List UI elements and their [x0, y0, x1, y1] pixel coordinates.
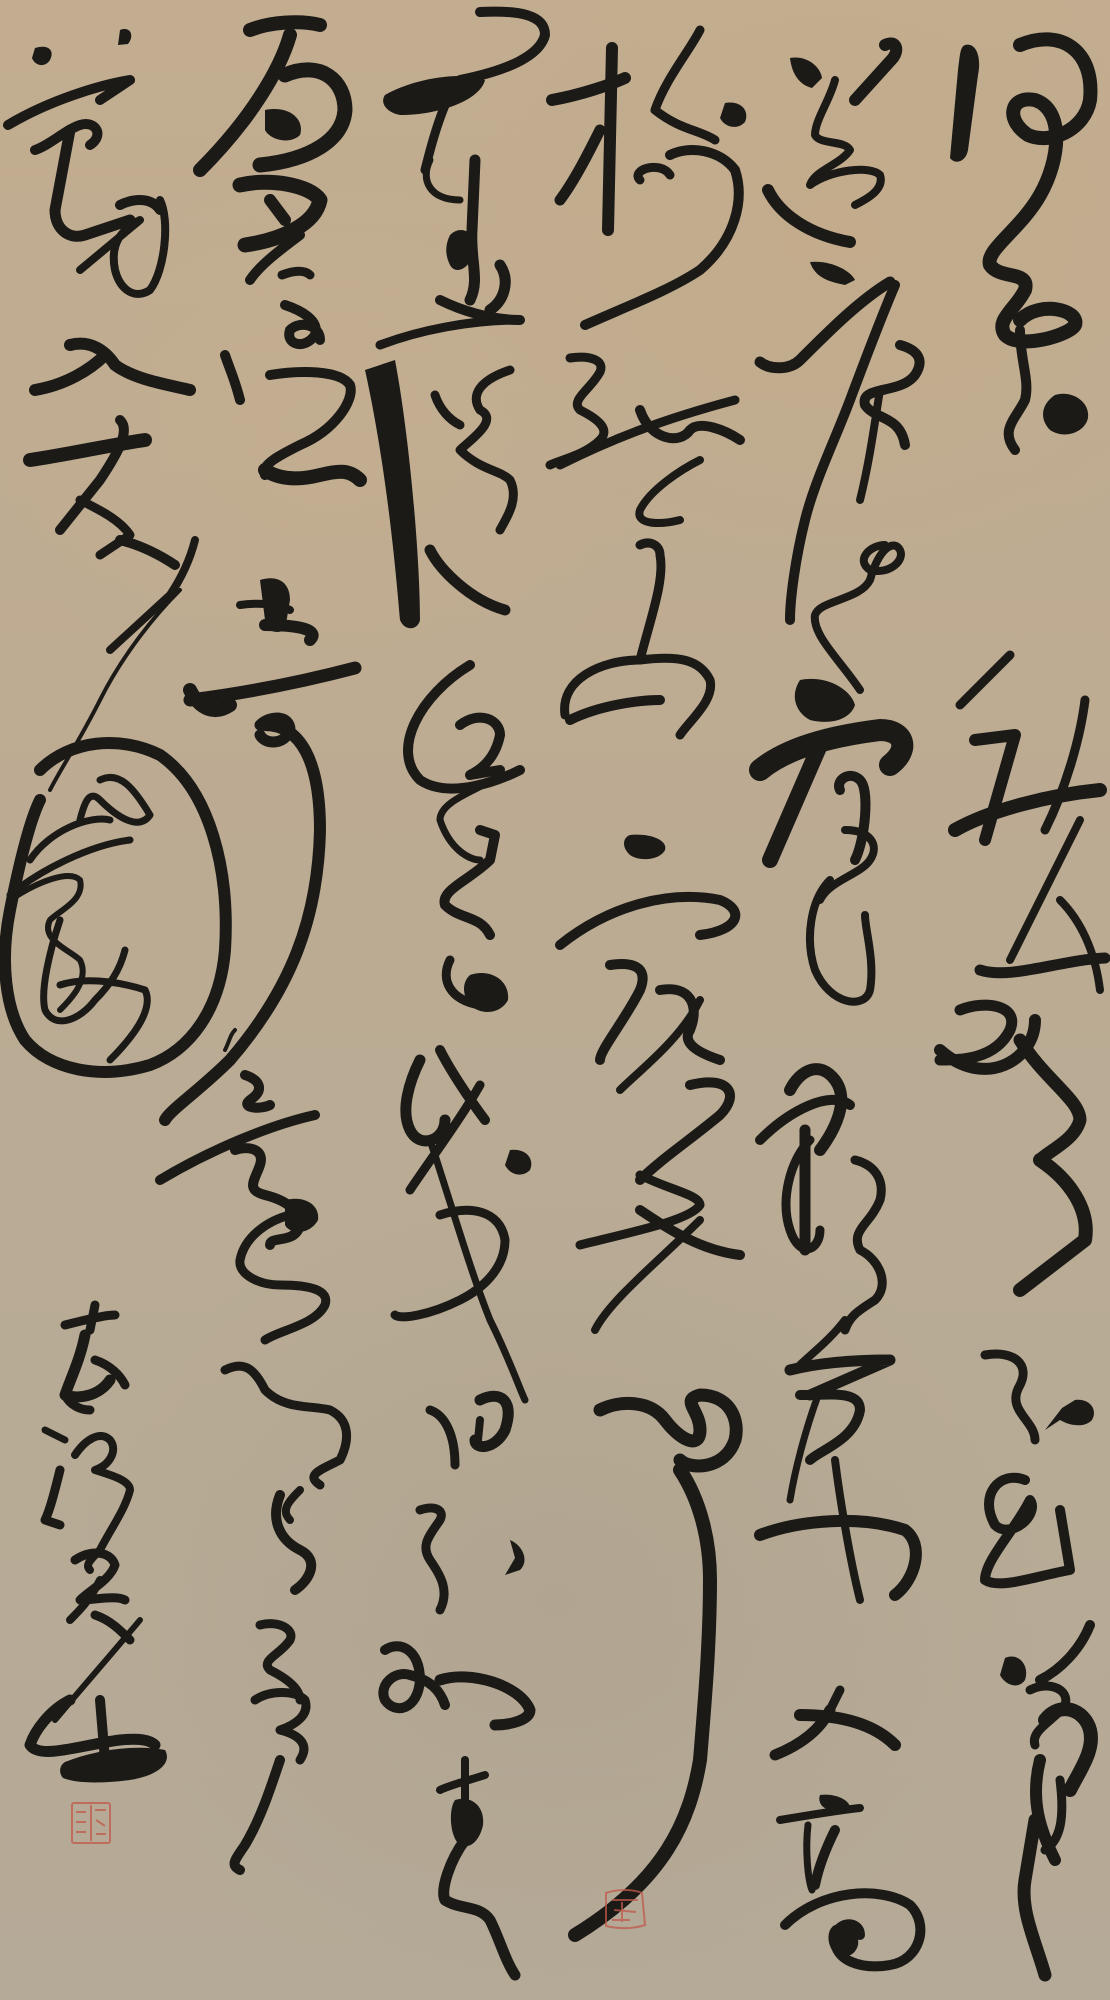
artist-seal — [72, 1803, 110, 1843]
column-5 — [160, 22, 360, 1870]
column-2 — [760, 43, 920, 1966]
column-3 — [550, 30, 746, 1935]
signature-dong-hai-xian-sheng — [30, 1305, 167, 1782]
calligraphy-scroll: 东海先生 — [0, 0, 1110, 2000]
column-1 — [940, 39, 1105, 1975]
column-6 — [5, 29, 235, 1072]
column-4 — [365, 12, 545, 1975]
calligraphy-ink — [0, 0, 1110, 2000]
